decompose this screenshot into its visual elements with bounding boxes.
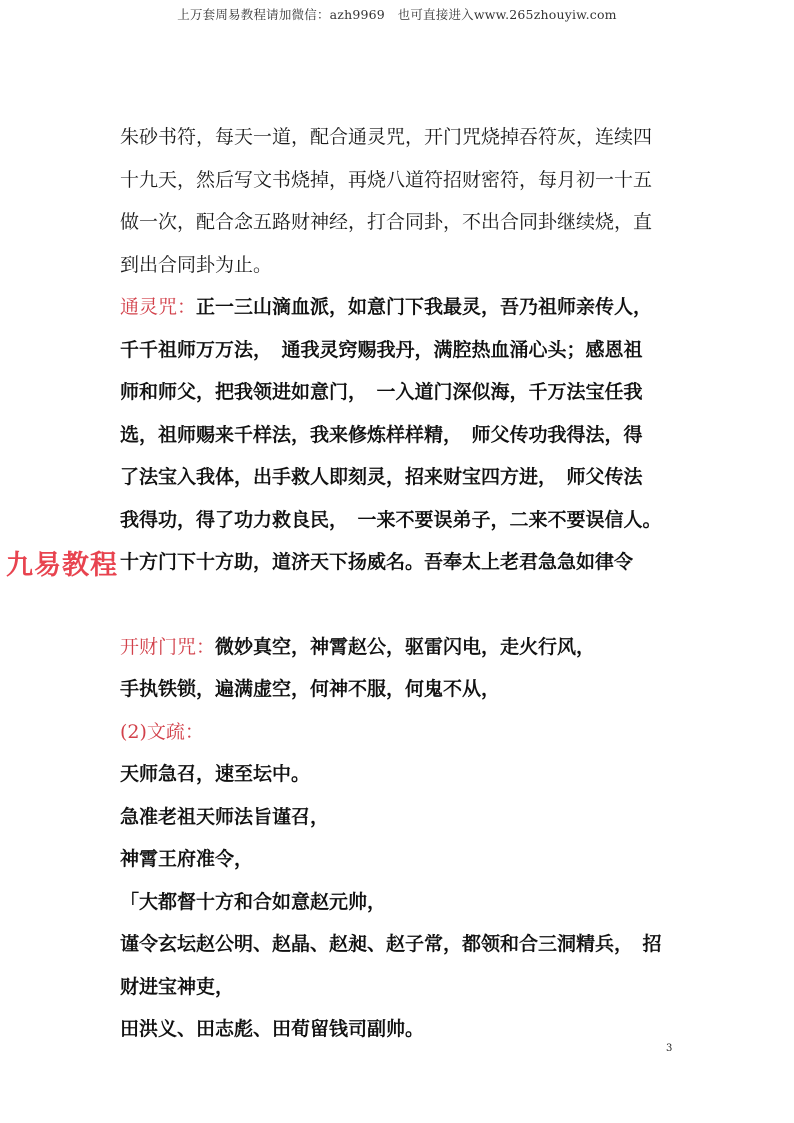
tongling-spell-line: 了法宝入我体，出手救人即刻灵，招来财宝四方进， 师父传法	[120, 462, 680, 505]
wenshu-line: 田洪义、田志彪、田荀留钱司副帅。	[120, 1014, 680, 1057]
tongling-spell-text: 正一三山滴血派，如意门下我最灵，吾乃祖师亲传人，	[196, 296, 652, 318]
kaicai-spell-label: 开财门咒：	[120, 636, 215, 658]
wenshu-line: 「大都督十方和合如意赵元帅，	[120, 887, 680, 930]
intro-line: 十九天，然后写文书烧掉，再烧八道符招财密符，每月初一十五	[120, 165, 680, 208]
wenshu-line: 神霄王府准令，	[120, 844, 680, 887]
tongling-spell-line: 十方门下十方助，道济天下扬威名。吾奉太上老君急急如律令	[120, 547, 680, 590]
page-number: 3	[666, 1043, 672, 1054]
kaicai-spell-text: 微妙真空，神霄赵公，驱雷闪电，走火行风，	[215, 636, 595, 658]
watermark-logo: 九易教程	[6, 543, 120, 582]
intro-line: 做一次，配合念五路财神经，打合同卦，不出合同卦继续烧，直	[120, 207, 680, 250]
wenshu-label: (2)文疏：	[120, 721, 204, 743]
tongling-spell-line: 千千祖师万万法， 通我灵窍赐我丹，满腔热血涌心头；感恩祖	[120, 335, 680, 378]
tongling-spell-label: 通灵咒：	[120, 296, 196, 318]
header-banner: 上万套周易教程请加微信：azh9969 也可直接进入www.265zhouyiw…	[0, 5, 794, 23]
wenshu-line: 谨令玄坛赵公明、赵晶、赵昶、赵子常，都领和合三洞精兵， 招	[120, 929, 680, 972]
blank-line	[120, 590, 680, 632]
wenshu-line: 急准老祖天师法旨谨召，	[120, 802, 680, 845]
wenshu-heading: (2)文疏：	[120, 717, 680, 760]
wenshu-line: 财进宝神吏，	[120, 972, 680, 1015]
wenshu-line: 天师急召，速至坛中。	[120, 759, 680, 802]
document-body: 朱砂书符，每天一道，配合通灵咒，开门咒烧掉吞符灰，连续四 十九天，然后写文书烧掉…	[120, 122, 680, 1057]
tongling-spell-line: 师和师父，把我领进如意门， 一入道门深似海，千万法宝任我	[120, 377, 680, 420]
tongling-spell-line: 通灵咒：正一三山滴血派，如意门下我最灵，吾乃祖师亲传人，	[120, 292, 680, 335]
tongling-spell-line: 选，祖师赐来千样法，我来修炼样样精， 师父传功我得法，得	[120, 420, 680, 463]
kaicai-spell-line: 手执铁锁，遍满虚空，何神不服，何鬼不从，	[120, 674, 680, 717]
kaicai-spell-line: 开财门咒：微妙真空，神霄赵公，驱雷闪电，走火行风，	[120, 632, 680, 675]
intro-line: 到出合同卦为止。	[120, 250, 680, 293]
intro-line: 朱砂书符，每天一道，配合通灵咒，开门咒烧掉吞符灰，连续四	[120, 122, 680, 165]
tongling-spell-line: 我得功，得了功力救良民， 一来不要误弟子，二来不要误信人。	[120, 505, 680, 548]
